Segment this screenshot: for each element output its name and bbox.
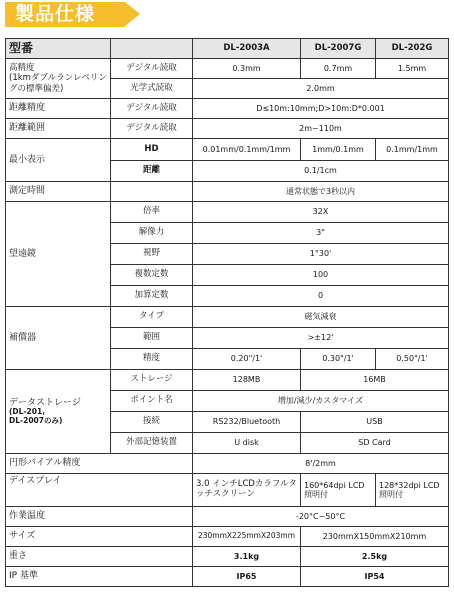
sub-label: 範囲 [111, 328, 193, 349]
sub-label: 視野 [111, 244, 193, 265]
cell-value: 16MB [301, 370, 449, 391]
table-row: 最小表示 HD 0.01mm/0.1mm/1mm 1mm/0.1mm 0.1mm… [6, 139, 449, 161]
header-model-3: DL-202G [376, 39, 449, 59]
table-row: 距離精度 デジタル読取 D≤10m:10mm;D>10m:D*0.001 [6, 99, 449, 119]
cell-value: 0.1mm/1mm [376, 139, 449, 161]
section-banner: 製品仕様 [5, 2, 125, 27]
row-label: 測定時間 [6, 182, 111, 202]
cell-value: IP54 [301, 567, 449, 587]
cell-value: 1°30' [193, 244, 449, 265]
cell-value: 磁気減衰 [193, 307, 449, 328]
header-model-1: DL-2003A [193, 39, 301, 59]
row-label: 望遠鏡 [6, 202, 111, 307]
cell-value: 128*32dpi LCD 照明付 [376, 474, 449, 507]
row-label-data-storage: データストレージ (DL-201, DL-2007のみ) [6, 370, 111, 454]
sub-blank [111, 182, 193, 202]
sub-label: 外部記憶装置 [111, 433, 193, 454]
cell-value: 0.01mm/0.1mm/1mm [193, 139, 301, 161]
table-row: 高精度 (1kmダブルランレベリングの標準偏差) デジタル読取 0.3mm 0.… [6, 59, 449, 79]
header-model-2: DL-2007G [301, 39, 376, 59]
row-label: 距離範囲 [6, 119, 111, 139]
sub-label: ポイント名 [111, 391, 193, 412]
table-row: 補償器 タイプ 磁気減衰 [6, 307, 449, 328]
table-row: IP 基準 IP65 IP54 [6, 567, 449, 587]
spec-table: 型番 DL-2003A DL-2007G DL-202G 高精度 (1kmダブル… [5, 38, 449, 587]
row-label-high-precision: 高精度 (1kmダブルランレベリングの標準偏差) [6, 59, 111, 99]
cell-value: 2.0mm [193, 79, 449, 99]
cell-value: 3" [193, 223, 449, 244]
data-storage-note: (DL-201, DL-2007のみ) [9, 408, 107, 425]
sub-label: デジタル読取 [111, 59, 193, 79]
cell-value: >±12' [193, 328, 449, 349]
cell-value: 230mmX150mmX210mm [301, 527, 449, 547]
header-model-label: 型番 [6, 39, 111, 59]
table-row: 作業温度 -20°C~50°C [6, 507, 449, 527]
cell-value: 0.30"/1' [301, 349, 376, 370]
table-row: 重さ 3.1kg 2.5kg [6, 547, 449, 567]
cell-value: 128MB [193, 370, 301, 391]
row-label: 重さ [6, 547, 193, 567]
cell-value: 0.7mm [301, 59, 376, 79]
sub-label: ストレージ [111, 370, 193, 391]
table-row: 望遠鏡 倍率 32X [6, 202, 449, 223]
table-row: 測定時間 通常状態で3秒以内 [6, 182, 449, 202]
cell-value: 0.1/1cm [193, 161, 449, 182]
cell-value: IP65 [193, 567, 301, 587]
cell-value: 1mm/0.1mm [301, 139, 376, 161]
sub-label: デジタル読取 [111, 99, 193, 119]
row-label: 最小表示 [6, 139, 111, 182]
row-label: 作業温度 [6, 507, 193, 527]
row-label: 円形バイアル精度 [6, 454, 193, 474]
sub-label: デジタル読取 [111, 119, 193, 139]
sub-label: 光学式読取 [111, 79, 193, 99]
table-row: 距離範囲 デジタル読取 2m~110m [6, 119, 449, 139]
cell-value: 通常状態で3秒以内 [193, 182, 449, 202]
row-label: IP 基準 [6, 567, 193, 587]
cell-value: U disk [193, 433, 301, 454]
cell-value: 0.20"/1' [193, 349, 301, 370]
sub-label: 接続 [111, 412, 193, 433]
cell-value: 230mmX225mmX203mm [193, 527, 301, 547]
cell-value: RS232/Bluetooth [193, 412, 301, 433]
cell-value: SD Card [301, 433, 449, 454]
cell-value: 3.1kg [193, 547, 301, 567]
cell-value: 増加/減少/カスタマイズ [193, 391, 449, 412]
sub-label: 加算定数 [111, 286, 193, 307]
sub-label: 解像力 [111, 223, 193, 244]
header-blank [111, 39, 193, 59]
cell-value: 2m~110m [193, 119, 449, 139]
cell-value: 32X [193, 202, 449, 223]
cell-value: 0.3mm [193, 59, 301, 79]
table-row: データストレージ (DL-201, DL-2007のみ) ストレージ 128MB… [6, 370, 449, 391]
banner-title: 製品仕様 [15, 3, 95, 25]
table-row: サイズ 230mmX225mmX203mm 230mmX150mmX210mm [6, 527, 449, 547]
row-label: 距離精度 [6, 99, 111, 119]
cell-value: 3.0 インチLCDカラフルタッチスクリーン [193, 474, 301, 507]
sub-label: タイプ [111, 307, 193, 328]
cell-value: 1.5mm [376, 59, 449, 79]
row-label: サイズ [6, 527, 193, 547]
sub-label: 距離 [111, 161, 193, 182]
cell-value: 0.50"/1' [376, 349, 449, 370]
table-row: デイスプレイ 3.0 インチLCDカラフルタッチスクリーン 160*64dpi … [6, 474, 449, 507]
cell-value: 160*64dpi LCD 照明付 [301, 474, 376, 507]
cell-value: -20°C~50°C [193, 507, 449, 527]
cell-value: 2.5kg [301, 547, 449, 567]
sub-label: 複数定数 [111, 265, 193, 286]
cell-value: 8'/2mm [193, 454, 449, 474]
row-label: 補償器 [6, 307, 111, 370]
cell-value: D≤10m:10mm;D>10m:D*0.001 [193, 99, 449, 119]
table-row: 円形バイアル精度 8'/2mm [6, 454, 449, 474]
row-label: デイスプレイ [6, 474, 193, 507]
sub-label: 精度 [111, 349, 193, 370]
cell-value: 0 [193, 286, 449, 307]
cell-value: USB [301, 412, 449, 433]
table-header-row: 型番 DL-2003A DL-2007G DL-202G [6, 39, 449, 59]
sub-label: HD [111, 139, 193, 161]
sub-label: 倍率 [111, 202, 193, 223]
cell-value: 100 [193, 265, 449, 286]
